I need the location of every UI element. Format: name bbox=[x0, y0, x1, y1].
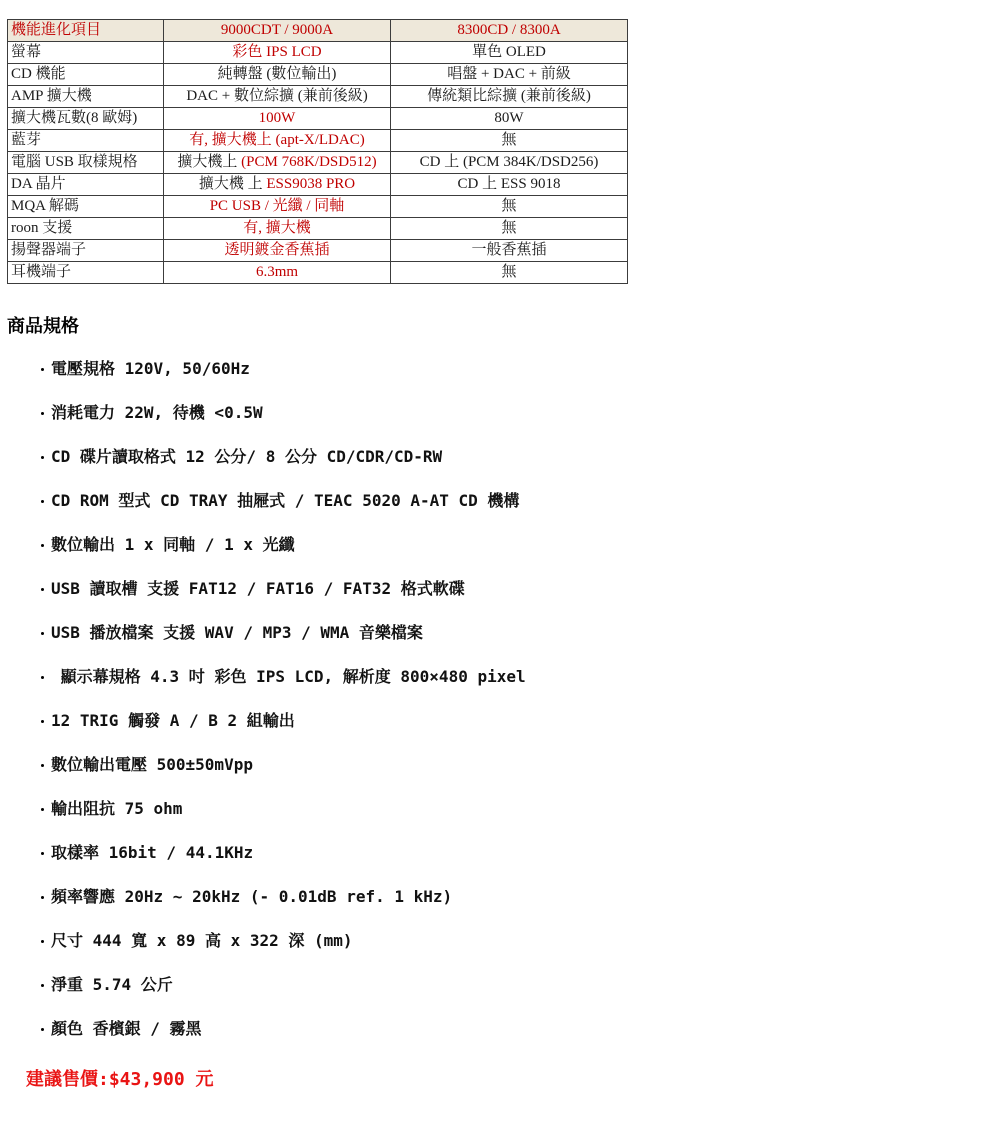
cell-9000cdt-9000a: PC USB / 光纖 / 同軸 bbox=[164, 196, 391, 218]
spec-item: 淨重 5.74 公斤 bbox=[38, 976, 1000, 994]
cell-text: (PCM 768K/DSD512) bbox=[241, 154, 376, 170]
cell-text: 擴大機 上 bbox=[199, 176, 267, 192]
row-label: 耳機端子 bbox=[8, 262, 164, 284]
cell-8300cd-8300a: 傳統類比綜擴 (兼前後級) bbox=[391, 86, 628, 108]
cell-8300cd-8300a: 單色 OLED bbox=[391, 42, 628, 64]
spec-item: 頻率響應 20Hz ~ 20kHz (- 0.01dB ref. 1 kHz) bbox=[38, 888, 1000, 906]
spec-item: USB 播放檔案 支援 WAV / MP3 / WMA 音樂檔案 bbox=[38, 624, 1000, 642]
cell-text: 一般香蕉插 bbox=[471, 242, 546, 258]
spec-item: 顯示幕規格 4.3 吋 彩色 IPS LCD, 解析度 800×480 pixe… bbox=[38, 668, 1000, 686]
cell-text: CD 上 (PCM 384K/DSD256) bbox=[420, 154, 599, 170]
row-label: roon 支援 bbox=[8, 218, 164, 240]
spec-item: USB 讀取槽 支援 FAT12 / FAT16 / FAT32 格式軟碟 bbox=[38, 580, 1000, 598]
cell-text: 透明鍍金香蕉插 bbox=[224, 242, 329, 258]
spec-item: 消耗電力 22W, 待機 <0.5W bbox=[38, 404, 1000, 422]
cell-text: 6.3mm bbox=[256, 264, 298, 280]
cell-text: 擴大機上 bbox=[177, 154, 241, 170]
row-label: AMP 擴大機 bbox=[8, 86, 164, 108]
table-body: 螢幕彩色 IPS LCD單色 OLEDCD 機能純轉盤 (數位輸出)唱盤 + D… bbox=[8, 42, 628, 284]
row-label: CD 機能 bbox=[8, 64, 164, 86]
cell-text: 無 bbox=[501, 132, 516, 148]
cell-8300cd-8300a: 一般香蕉插 bbox=[391, 240, 628, 262]
spec-item: 尺寸 444 寬 x 89 高 x 322 深 (mm) bbox=[38, 932, 1000, 950]
specs-heading: 商品規格 bbox=[7, 317, 1000, 337]
cell-8300cd-8300a: 無 bbox=[391, 218, 628, 240]
row-label: DA 晶片 bbox=[8, 174, 164, 196]
cell-8300cd-8300a: 唱盤 + DAC + 前級 bbox=[391, 64, 628, 86]
cell-text: 80W bbox=[494, 110, 523, 126]
table-row: 藍芽有, 擴大機上 (apt-X/LDAC)無 bbox=[8, 130, 628, 152]
cell-8300cd-8300a: 80W bbox=[391, 108, 628, 130]
spec-item: CD 碟片讀取格式 12 公分/ 8 公分 CD/CDR/CD-RW bbox=[38, 448, 1000, 466]
column-header: 8300CD / 8300A bbox=[391, 20, 628, 42]
row-label: MQA 解碼 bbox=[8, 196, 164, 218]
column-header: 9000CDT / 9000A bbox=[164, 20, 391, 42]
table-row: DA 晶片擴大機 上 ESS9038 PROCD 上 ESS 9018 bbox=[8, 174, 628, 196]
cell-9000cdt-9000a: 6.3mm bbox=[164, 262, 391, 284]
spec-item: 數位輸出電壓 500±50mVpp bbox=[38, 756, 1000, 774]
table-row: roon 支援有, 擴大機無 bbox=[8, 218, 628, 240]
row-label: 擴大機瓦數(8 歐姆) bbox=[8, 108, 164, 130]
spec-item: 輸出阻抗 75 ohm bbox=[38, 800, 1000, 818]
spec-item: 數位輸出 1 x 同軸 / 1 x 光纖 bbox=[38, 536, 1000, 554]
cell-text: 有, 擴大機上 (apt-X/LDAC) bbox=[189, 132, 364, 148]
price-line: 建議售價:$43,900 元 bbox=[26, 1069, 1000, 1090]
cell-text: PC USB / 光纖 / 同軸 bbox=[210, 198, 345, 214]
table-row: 耳機端子6.3mm無 bbox=[8, 262, 628, 284]
table-header-row: 機能進化項目9000CDT / 9000A8300CD / 8300A bbox=[8, 20, 628, 42]
spec-item: 取樣率 16bit / 44.1KHz bbox=[38, 844, 1000, 862]
cell-text: 無 bbox=[501, 264, 516, 280]
cell-8300cd-8300a: 無 bbox=[391, 130, 628, 152]
cell-text: 傳統類比綜擴 (兼前後級) bbox=[427, 88, 591, 104]
spec-item: CD ROM 型式 CD TRAY 抽屜式 / TEAC 5020 A-AT C… bbox=[38, 492, 1000, 510]
row-label: 螢幕 bbox=[8, 42, 164, 64]
table-row: 螢幕彩色 IPS LCD單色 OLED bbox=[8, 42, 628, 64]
cell-9000cdt-9000a: 擴大機 上 ESS9038 PRO bbox=[164, 174, 391, 196]
cell-8300cd-8300a: 無 bbox=[391, 262, 628, 284]
cell-8300cd-8300a: CD 上 ESS 9018 bbox=[391, 174, 628, 196]
cell-text: 無 bbox=[501, 220, 516, 236]
cell-9000cdt-9000a: 彩色 IPS LCD bbox=[164, 42, 391, 64]
cell-8300cd-8300a: 無 bbox=[391, 196, 628, 218]
cell-text: ESS9038 PRO bbox=[266, 176, 355, 192]
cell-text: DAC + 數位綜擴 (兼前後級) bbox=[186, 88, 367, 104]
cell-text: 單色 OLED bbox=[472, 44, 546, 60]
table-row: 揚聲器端子透明鍍金香蕉插一般香蕉插 bbox=[8, 240, 628, 262]
table-row: AMP 擴大機DAC + 數位綜擴 (兼前後級)傳統類比綜擴 (兼前後級) bbox=[8, 86, 628, 108]
cell-9000cdt-9000a: 透明鍍金香蕉插 bbox=[164, 240, 391, 262]
spec-document: 機能進化項目9000CDT / 9000A8300CD / 8300A 螢幕彩色… bbox=[0, 0, 1000, 1090]
row-label: 藍芽 bbox=[8, 130, 164, 152]
spec-item: 電壓規格 120V, 50/60Hz bbox=[38, 360, 1000, 378]
cell-text: 彩色 IPS LCD bbox=[232, 44, 321, 60]
cell-9000cdt-9000a: 有, 擴大機 bbox=[164, 218, 391, 240]
cell-text: CD 上 ESS 9018 bbox=[458, 176, 561, 192]
row-label: 揚聲器端子 bbox=[8, 240, 164, 262]
cell-text: 100W bbox=[259, 110, 296, 126]
specs-list: 電壓規格 120V, 50/60Hz消耗電力 22W, 待機 <0.5WCD 碟… bbox=[7, 360, 1000, 1038]
cell-9000cdt-9000a: 擴大機上 (PCM 768K/DSD512) bbox=[164, 152, 391, 174]
spec-item: 12 TRIG 觸發 A / B 2 組輸出 bbox=[38, 712, 1000, 730]
cell-9000cdt-9000a: 有, 擴大機上 (apt-X/LDAC) bbox=[164, 130, 391, 152]
cell-9000cdt-9000a: 純轉盤 (數位輸出) bbox=[164, 64, 391, 86]
table-row: 擴大機瓦數(8 歐姆)100W80W bbox=[8, 108, 628, 130]
table-row: 電腦 USB 取樣規格擴大機上 (PCM 768K/DSD512)CD 上 (P… bbox=[8, 152, 628, 174]
spec-item: 顏色 香檳銀 / 霧黑 bbox=[38, 1020, 1000, 1038]
table-row: CD 機能純轉盤 (數位輸出)唱盤 + DAC + 前級 bbox=[8, 64, 628, 86]
cell-9000cdt-9000a: 100W bbox=[164, 108, 391, 130]
cell-text: 無 bbox=[501, 198, 516, 214]
comparison-table: 機能進化項目9000CDT / 9000A8300CD / 8300A 螢幕彩色… bbox=[7, 19, 628, 284]
table-row: MQA 解碼PC USB / 光纖 / 同軸無 bbox=[8, 196, 628, 218]
cell-text: 有, 擴大機 bbox=[243, 220, 311, 236]
cell-9000cdt-9000a: DAC + 數位綜擴 (兼前後級) bbox=[164, 86, 391, 108]
cell-text: 純轉盤 (數位輸出) bbox=[218, 66, 337, 82]
cell-text: 唱盤 + DAC + 前級 bbox=[447, 66, 571, 82]
column-header: 機能進化項目 bbox=[8, 20, 164, 42]
row-label: 電腦 USB 取樣規格 bbox=[8, 152, 164, 174]
cell-8300cd-8300a: CD 上 (PCM 384K/DSD256) bbox=[391, 152, 628, 174]
